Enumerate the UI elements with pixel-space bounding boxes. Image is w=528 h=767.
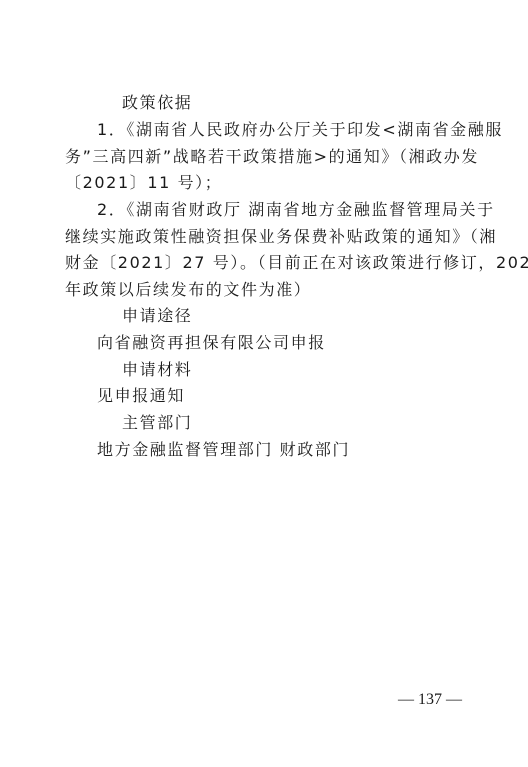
policy-item-2-line-2: 继续实施政策性融资担保业务保费补贴政策的通知》（湘: [65, 226, 497, 248]
section-heading-application-channel: 申请途径: [122, 305, 192, 327]
competent-department-text: 地方金融监督管理部门 财政部门: [97, 439, 350, 461]
policy-item-2-line-1: 2．《湖南省财政厅 湖南省地方金融监督管理局关于: [97, 199, 495, 221]
section-heading-application-materials: 申请材料: [122, 359, 192, 381]
document-page: 政策依据 1．《湖南省人民政府办公厅关于印发<湖南省金融服 务”三高四新”战略若…: [0, 0, 528, 767]
policy-item-1-line-2: 务”三高四新”战略若干政策措施>的通知》（湘政办发: [65, 146, 479, 168]
section-heading-competent-department: 主管部门: [122, 412, 192, 434]
policy-item-1-line-1: 1．《湖南省人民政府办公厅关于印发<湖南省金融服: [97, 119, 503, 141]
policy-item-2-line-4: 年政策以后续发布的文件为准）: [65, 279, 311, 301]
application-channel-text: 向省融资再担保有限公司申报: [97, 332, 326, 354]
section-heading-policy-basis: 政策依据: [122, 92, 192, 114]
application-materials-text: 见申报通知: [97, 385, 185, 407]
page-number: — 137 —: [398, 690, 458, 710]
policy-item-1-line-3: 〔2021〕11 号）；: [65, 172, 222, 194]
policy-item-2-line-3: 财金〔2021〕27 号）。（目前正在对该政策进行修订，2022: [65, 252, 528, 274]
